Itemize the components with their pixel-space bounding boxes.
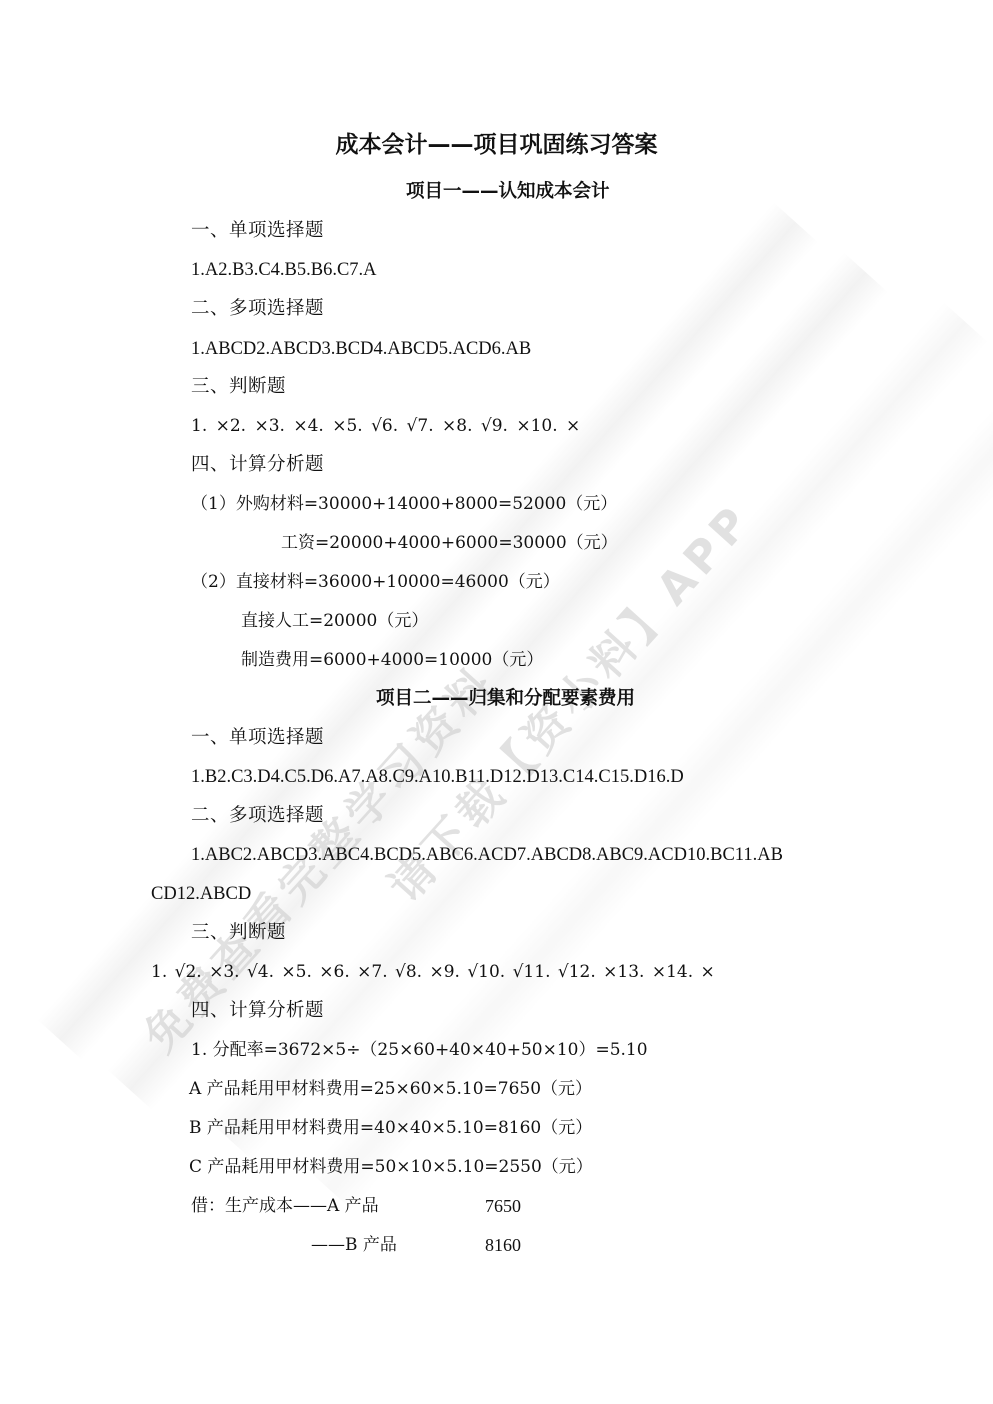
document-page: 免费查看完整学习资料 请下载【资小料】APP 成本会计——项目巩固练习答案 项目… (0, 0, 993, 1404)
p2-single-choice-answers: 1.B2.C3.D4.C5.D6.A7.A8.C9.A10.B11.D12.D1… (191, 765, 684, 789)
p1-calc-line: 制造费用=6000+4000=10000（元） (241, 648, 543, 672)
document-title: 成本会计——项目巩固练习答案 (0, 133, 993, 157)
p2-true-false-heading: 三、判断题 (191, 921, 286, 945)
p2-multi-choice-answers: 1.ABC2.ABCD3.ABC4.BCD5.ABC6.ACD7.ABCD8.A… (191, 843, 783, 867)
p1-calc-line: （2）直接材料=36000+10000=46000（元） (191, 570, 560, 594)
p2-calc-line: 1. 分配率=3672×5÷（25×60+40×40+50×10）=5.10 (191, 1038, 648, 1062)
p1-calc-line: （1）外购材料=30000+14000+8000=52000（元） (191, 492, 617, 516)
p1-true-false-heading: 三、判断题 (191, 375, 286, 399)
journal-entry-amount: 8160 (485, 1235, 521, 1256)
p2-calc-line: C 产品耗用甲材料费用=50×10×5.10=2550（元） (189, 1155, 593, 1179)
project1-title: 项目一——认知成本会计 (406, 180, 610, 204)
p2-calc-line: B 产品耗用甲材料费用=40×40×5.10=8160（元） (189, 1116, 592, 1140)
p2-single-choice-heading: 一、单项选择题 (191, 726, 324, 750)
journal-entry-amount: 7650 (485, 1196, 521, 1217)
p1-calc-line: 工资=20000+4000+6000=30000（元） (281, 531, 618, 555)
p1-calc-heading: 四、计算分析题 (191, 453, 324, 477)
journal-entry-account: 借：生产成本——A 产品 (191, 1194, 379, 1218)
p1-multi-choice-heading: 二、多项选择题 (191, 297, 324, 321)
p1-single-choice-heading: 一、单项选择题 (191, 219, 324, 243)
p1-true-false-answers: 1. ×2. ×3. ×4. ×5. √6. √7. ×8. √9. ×10. … (191, 414, 580, 438)
p2-multi-choice-answers-cont: CD12.ABCD (151, 882, 251, 906)
journal-entry-account: ——B 产品 (311, 1233, 397, 1257)
p2-calc-heading: 四、计算分析题 (191, 999, 324, 1023)
project2-title: 项目二——归集和分配要素费用 (376, 687, 635, 711)
p1-calc-line: 直接人工=20000（元） (241, 609, 428, 633)
p2-multi-choice-heading: 二、多项选择题 (191, 804, 324, 828)
p1-multi-choice-answers: 1.ABCD2.ABCD3.BCD4.ABCD5.ACD6.AB (191, 337, 531, 361)
p2-calc-line: A 产品耗用甲材料费用=25×60×5.10=7650（元） (189, 1077, 592, 1101)
p2-true-false-answers: 1. √2. ×3. √4. ×5. ×6. ×7. √8. ×9. √10. … (151, 960, 715, 984)
p1-single-choice-answers: 1.A2.B3.C4.B5.B6.C7.A (191, 258, 377, 282)
